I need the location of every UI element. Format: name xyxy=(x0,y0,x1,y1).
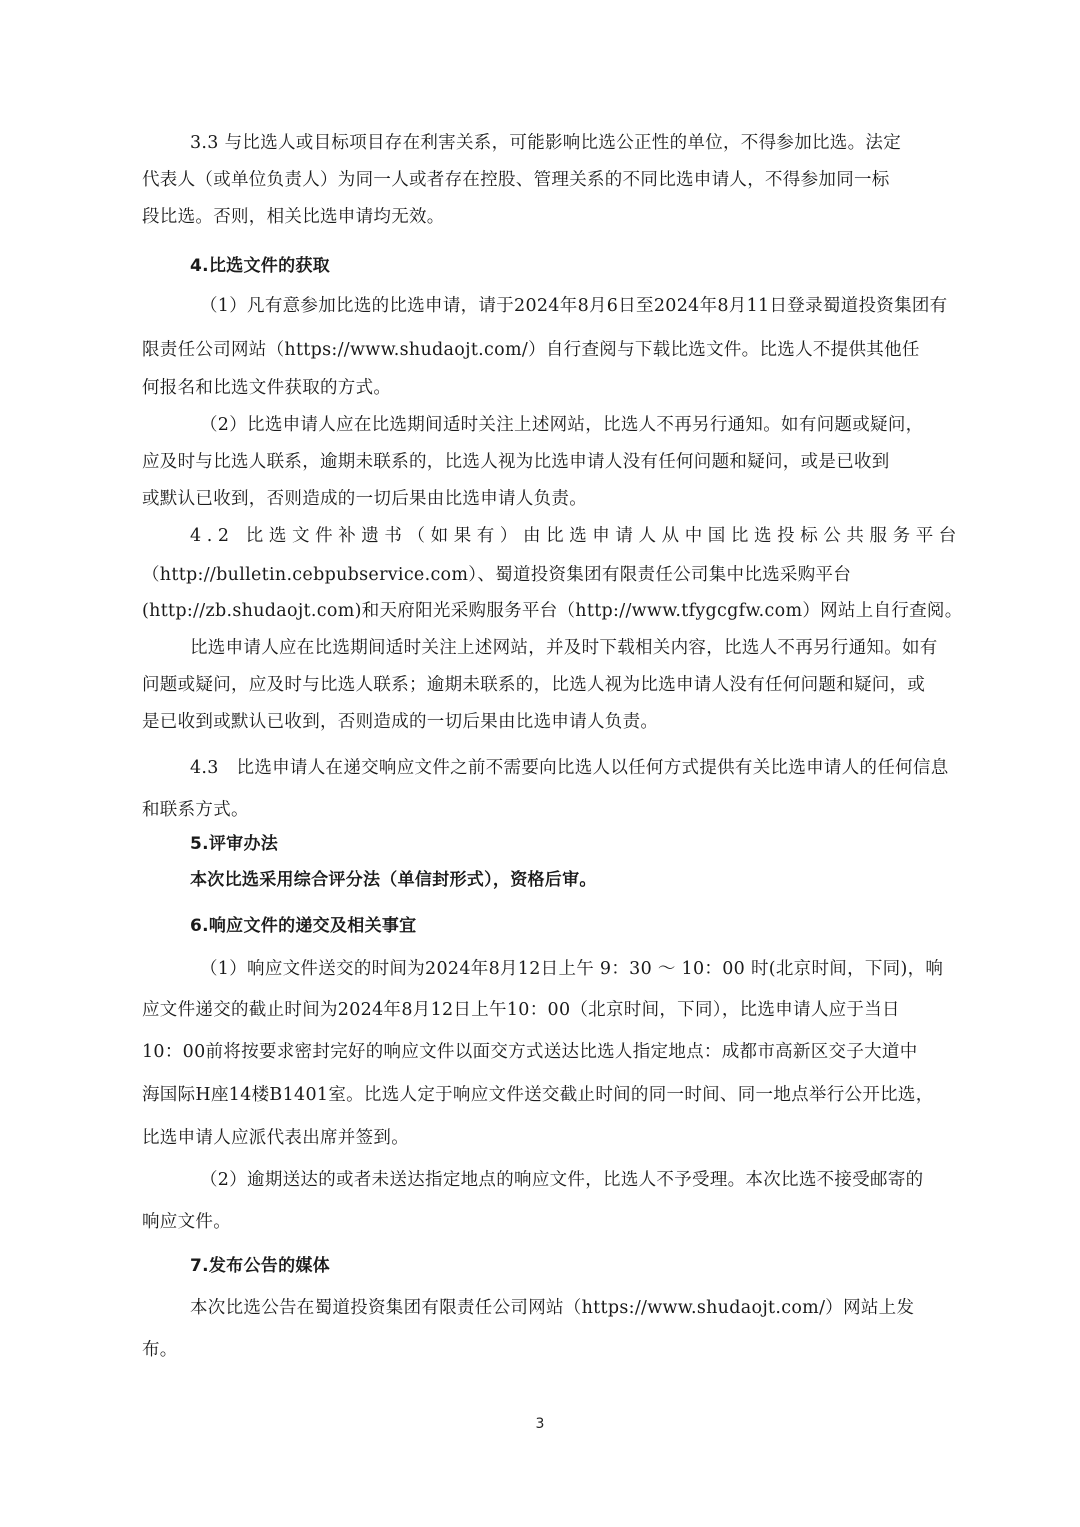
para-3-3-line-2: 代表人（或单位负责人）为同一人或者存在控股、管理关系的不同比选申请人，不得参加同… xyxy=(142,168,972,192)
document-page: 3.3 与比选人或目标项目存在利害关系，可能影响比选公正性的单位，不得参加比选。… xyxy=(0,0,1080,1527)
section-7-body-line-1: 本次比选公告在蜀道投资集团有限责任公司网站（https://www.shudao… xyxy=(190,1296,972,1320)
para-4-2-line-1: （2）比选申请人应在比选期间适时关注上述网站，比选人不再另行通知。如有问题或疑问… xyxy=(200,413,972,437)
para-4-2-line-3: 或默认已收到，否则造成的一切后果由比选申请人负责。 xyxy=(142,487,972,511)
para-4-3-line-2: 和联系方式。 xyxy=(142,798,972,822)
section-7-body-line-2: 布。 xyxy=(142,1338,972,1362)
para-4-2b-line-3: (http://zb.shudaojt.com)和天府阳光采购服务平台（http… xyxy=(142,599,972,623)
para-4-3-line-1: 4.3 比选申请人在递交响应文件之前不需要向比选人以任何方式提供有关比选申请人的… xyxy=(190,756,972,780)
para-6-1-line-2: 应文件递交的截止时间为2024年8月12日上午10：00（北京时间，下同），比选… xyxy=(142,998,972,1022)
para-6-1-line-1: （1）响应文件送交的时间为2024年8月12日上午 9：30 ～ 10：00 时… xyxy=(200,957,972,981)
para-4-2c-line-2: 问题或疑问，应及时与比选人联系；逾期未联系的，比选人视为比选申请人没有任何问题和… xyxy=(142,673,972,697)
section-4-heading: 4.比选文件的获取 xyxy=(190,254,972,278)
para-6-2-line-2: 响应文件。 xyxy=(142,1210,972,1234)
para-6-2-line-1: （2）逾期送达的或者未送达指定地点的响应文件，比选人不予受理。本次比选不接受邮寄… xyxy=(200,1168,972,1192)
section-6-heading: 6.响应文件的递交及相关事宜 xyxy=(190,914,972,938)
para-4-1-line-2: 限责任公司网站（https://www.shudaojt.com/）自行查阅与下… xyxy=(142,338,972,362)
page-number: 3 xyxy=(0,1416,1080,1432)
section-7-heading: 7.发布公告的媒体 xyxy=(190,1254,972,1278)
para-6-1-line-4: 海国际H座14楼B1401室。比选人定于响应文件送交截止时间的同一时间、同一地点… xyxy=(142,1083,972,1107)
para-4-2c-line-1: 比选申请人应在比选期间适时关注上述网站，并及时下载相关内容，比选人不再另行通知。… xyxy=(190,636,972,660)
para-4-1-line-1: （1）凡有意参加比选的比选申请，请于2024年8月6日至2024年8月11日登录… xyxy=(200,294,972,318)
para-4-2b-line-1: 4.2 比选文件补遗书（如果有）由比选申请人从中国比选投标公共服务平台 xyxy=(190,524,972,548)
para-6-1-line-5: 比选申请人应派代表出席并签到。 xyxy=(142,1126,972,1150)
section-5-body: 本次比选采用综合评分法（单信封形式），资格后审。 xyxy=(190,868,972,892)
para-4-1-line-3: 何报名和比选文件获取的方式。 xyxy=(142,376,972,400)
para-3-3-line-1: 3.3 与比选人或目标项目存在利害关系，可能影响比选公正性的单位，不得参加比选。… xyxy=(190,131,972,155)
para-3-3-line-3: 段比选。否则，相关比选申请均无效。 xyxy=(142,205,972,229)
para-4-2b-line-2: （http://bulletin.cebpubservice.com）、蜀道投资… xyxy=(142,563,972,587)
section-5-heading: 5.评审办法 xyxy=(190,832,972,856)
para-4-2-line-2: 应及时与比选人联系，逾期未联系的，比选人视为比选申请人没有任何问题和疑问，或是已… xyxy=(142,450,972,474)
para-4-2c-line-3: 是已收到或默认已收到，否则造成的一切后果由比选申请人负责。 xyxy=(142,710,972,734)
para-6-1-line-3: 10：00前将按要求密封完好的响应文件以面交方式送达比选人指定地点：成都市高新区… xyxy=(142,1040,972,1064)
